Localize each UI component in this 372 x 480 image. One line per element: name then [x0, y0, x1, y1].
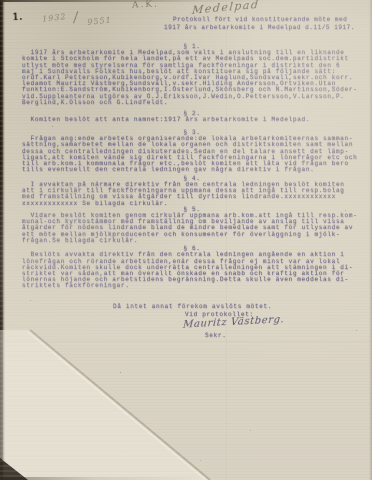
section-4: § 4. I avvaktan på närmare direktiv från… [22, 176, 362, 207]
corner-fold [0, 320, 240, 480]
handwritten-page-number: 1. [12, 12, 23, 24]
section-1-paragraph: 1917 års arbetarkomite i Medelpad,som va… [22, 50, 362, 106]
header-line-1: Protokoll fört vid konstituerande möte m… [164, 16, 355, 24]
archive-slash: / [73, 8, 80, 26]
section-1: § 1. 1917 års arbetarkomite i Medelpad,s… [22, 44, 362, 106]
section-6: § 6. Beslöts avvakta direktiv från den c… [22, 246, 362, 289]
section-3-paragraph: Frågan ang:ende arbetets organiserande:d… [22, 136, 362, 173]
section-2-paragraph: Komiten beslöt att anta namnet:1917 års … [22, 117, 362, 123]
section-5: § 5. Vidare beslöt komiten genom cirkulä… [22, 207, 362, 244]
typed-line: frågan.Se bilagda cirkulär. [22, 238, 362, 244]
section-2: § 2. Komiten beslöt att anta namnet:1917… [22, 111, 362, 123]
secretary-title: Sekr. [205, 333, 227, 339]
scan-edge-top [0, 0, 372, 2]
section-4-paragraph: I avvaktan på närmare direktiv från den … [22, 182, 362, 207]
archive-serial: 9551 [87, 15, 112, 26]
handwritten-initials: A.K. [132, 0, 159, 10]
typed-line: Berglind,K.Olsson och G.Lindfeldt. [22, 100, 362, 106]
header-line-2: 1917 års arbetarkomite i Medelpad d.11/5… [164, 24, 355, 32]
horizontal-fold-crease [0, 341, 372, 343]
protocol-header: Protokoll fört vid konstituerande möte m… [164, 16, 355, 31]
dust-specks [0, 0, 1, 1]
adjournment-line: Då intet annat förekom avslöts mötet. [113, 304, 272, 310]
protocol-body: § 1. 1917 års arbetarkomite i Medelpad,s… [22, 44, 362, 290]
scan-edge-left [0, 0, 5, 480]
handwritten-archive-number: 1932 / 9551 [41, 2, 112, 28]
typed-line: tills eventuellt den centrala ledningen … [22, 167, 362, 173]
scanned-protocol-page: { "annotations": { "page_number": "1.", … [0, 0, 372, 480]
section-5-paragraph: Vidare beslöt komiten genom cirkulär upp… [22, 213, 362, 244]
typed-line: Komiten beslöt att anta namnet:1917 års … [22, 117, 362, 123]
section-3: § 3. Frågan ang:ende arbetets organisera… [22, 130, 362, 173]
typed-line: striktets fackföreningar. [22, 283, 362, 289]
archive-year: 1932 [42, 12, 67, 23]
section-6-paragraph: Beslöts avvakta direktiv från den centra… [22, 252, 362, 289]
